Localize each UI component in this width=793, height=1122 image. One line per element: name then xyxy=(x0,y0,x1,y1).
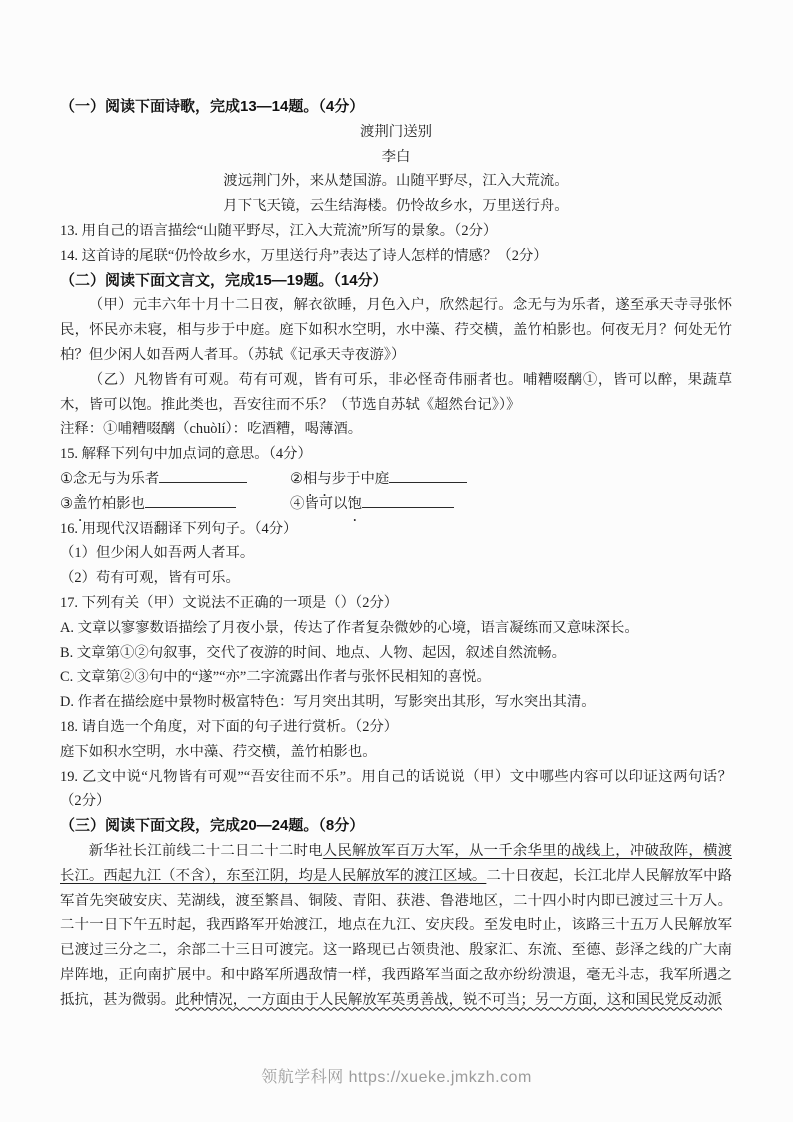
question-15-row-2: ③盖竹柏影也④皆可以饱 xyxy=(60,492,732,517)
emphasized-char: 念 xyxy=(73,467,87,492)
news-passage: 新华社长江前线二十二日二十二时电人民解放军百万大军，从一千余华里的战线上，冲破敌… xyxy=(60,839,732,1013)
item-cell: ①念无与为乐者 xyxy=(60,467,290,492)
answer-blank xyxy=(159,468,247,483)
question-14: 14. 这首诗的尾联“仍怜故乡水，万里送行舟”表达了诗人怎样的情感？（2分） xyxy=(60,244,732,269)
passage-jia: （甲）元丰六年十月十二日夜，解衣欲睡，月色入户，欣然起行。念无与为乐者，遂至承天… xyxy=(60,293,732,367)
option-d: D. 作者在描绘庭中景物时极富特色：写月突出其明，写影突出其形，写水突出其清。 xyxy=(60,690,732,715)
question-15: 15. 解释下列句中加点词的意思。（4分） xyxy=(60,442,732,467)
emphasized-char: 饱 xyxy=(348,492,362,517)
emphasized-char: 与 xyxy=(317,467,331,492)
emphasized-char: 盖 xyxy=(73,492,87,517)
question-17: 17. 下列有关（甲）文说法不正确的一项是（）（2分） xyxy=(60,591,732,616)
question-16: 16. 用现代汉语翻译下列句子。（4分） xyxy=(60,517,732,542)
poem-line-1: 渡远荆门外，来从楚国游。山随平野尽，江入大荒流。 xyxy=(60,169,732,194)
question-15-row-1: ①念无与为乐者②相与步于中庭 xyxy=(60,467,732,492)
document-body: （一）阅读下面诗歌，完成13—14题。（4分）渡荆门送别李白渡远荆门外，来从楚国… xyxy=(60,95,732,1012)
poem-author: 李白 xyxy=(60,145,732,170)
answer-blank xyxy=(362,492,454,507)
passage-yi: （乙）凡物皆有可观。苟有可观，皆有可乐，非必怪奇伟丽者也。哺糟啜醨①，皆可以醉，… xyxy=(60,368,732,418)
section-2-heading: （二）阅读下面文言文，完成15—19题。（14分） xyxy=(60,269,732,294)
item-cell: ③盖竹柏影也 xyxy=(60,492,290,517)
section-3-heading: （三）阅读下面文段，完成20—24题。（8分） xyxy=(60,814,732,839)
underlined-text: 人民解放军百万大军，从一千余华里的战线上，冲破敌阵，横渡长江。西起九江（不含），… xyxy=(60,843,732,884)
question-16-sub-2: （2）苟有可观，皆有可乐。 xyxy=(60,566,732,591)
watermark: 领航学科网 https://xueke.jmkzh.com xyxy=(0,1064,793,1087)
question-19: 19. 乙文中说“凡物皆有可观”“吾安往而不乐”。用自己的话说说（甲）文中哪些内… xyxy=(60,765,732,815)
question-18-sentence: 庭下如积水空明，水中藻、荇交横，盖竹柏影也。 xyxy=(60,740,732,765)
section-1-heading: （一）阅读下面诗歌，完成13—14题。（4分） xyxy=(60,95,732,120)
annotation: 注释：①哺糟啜醨（chuòlí）：吃酒糟，喝薄酒。 xyxy=(60,417,732,442)
wavy-underlined-text: 此种情况，一方面由于人民解放军英勇善战，锐不可当；另一方面，这和国民党反动派 xyxy=(175,992,722,1008)
answer-blank xyxy=(389,468,467,483)
answer-blank xyxy=(145,492,236,507)
poem-title: 渡荆门送别 xyxy=(60,120,732,145)
question-16-sub-1: （1）但少闲人如吾两人者耳。 xyxy=(60,541,732,566)
option-b: B. 文章第①②句叙事，交代了夜游的时间、地点、人物、起因，叙述自然流畅。 xyxy=(60,641,732,666)
poem-line-2: 月下飞天镜，云生结海楼。仍怜故乡水，万里送行舟。 xyxy=(60,194,732,219)
exam-page: （一）阅读下面诗歌，完成13—14题。（4分）渡荆门送别李白渡远荆门外，来从楚国… xyxy=(0,0,793,1122)
option-c: C. 文章第②③句中的“遂”“亦”二字流露出作者与张怀民相知的喜悦。 xyxy=(60,665,732,690)
question-18: 18. 请自选一个角度，对下面的句子进行赏析。（2分） xyxy=(60,715,732,740)
question-13: 13. 用自己的语言描绘“山随平野尽，江入大荒流”所写的景象。（2分） xyxy=(60,219,732,244)
emphasized-char: 相 xyxy=(303,467,317,492)
option-a: A. 文章以寥寥数语描绘了月夜小景，传达了作者复杂微妙的心境，语言凝练而又意味深… xyxy=(60,616,732,641)
